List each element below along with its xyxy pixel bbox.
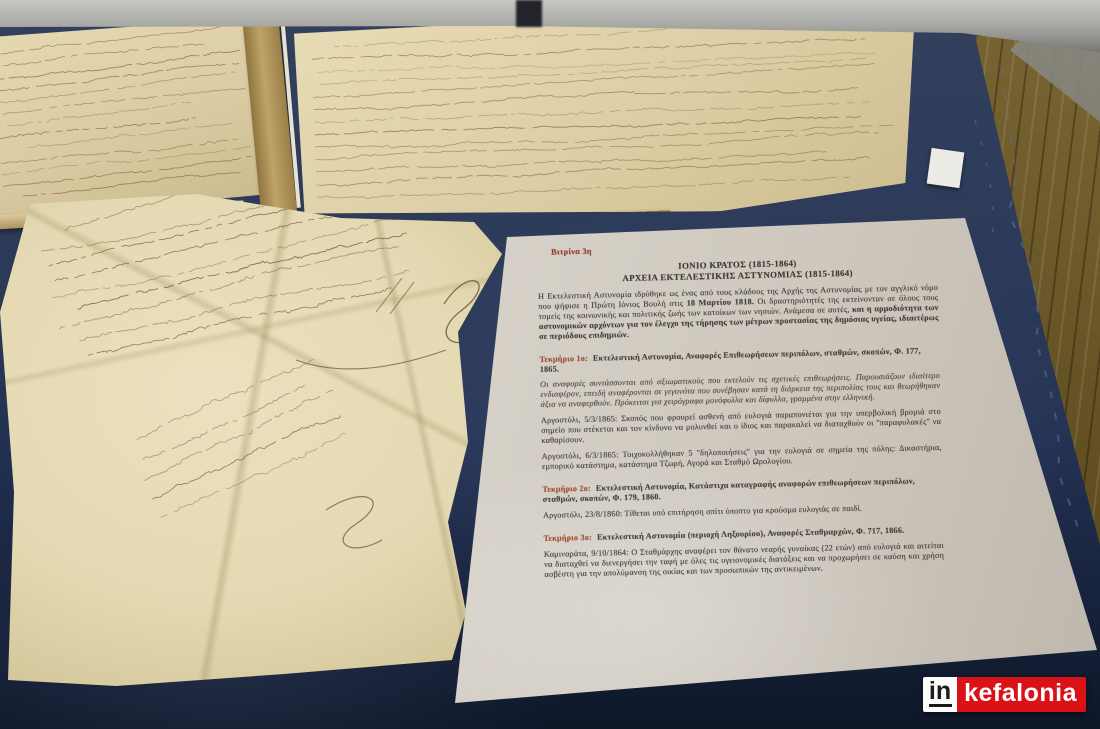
section-3-heading: Τεκμήριο 3ο:Εκτελεστική Αστυνομία (περιο… xyxy=(543,525,943,544)
paper-label-tag xyxy=(927,148,965,188)
handwriting-lines xyxy=(305,11,902,219)
section-2-heading: Τεκμήριο 2ο:Εκτελεστική Αστυνομία, Κατάσ… xyxy=(542,476,942,505)
section-1-number: Τεκμήριο 1ο: xyxy=(539,354,588,364)
section-1-note: Οι αναφορές συντάσσονται από αξιωματικού… xyxy=(540,371,941,410)
section-1-heading: Τεκμήριο 1ο:Εκτελεστική Αστυνομία, Αναφο… xyxy=(539,346,939,375)
inkefalonia-logo-in: in xyxy=(923,677,957,712)
section-2-title: Εκτελεστική Αστυνομία, Κατάστιχα καταγρα… xyxy=(543,476,915,503)
section-1-title: Εκτελεστική Αστυνομία, Αναφορές Επιθεωρή… xyxy=(540,346,921,374)
section-2-entry-1: Αργοστόλι, 23/8/1860: Τίθεται υπό επιτήρ… xyxy=(543,502,943,521)
section-3-title: Εκτελεστική Αστυνομία (περιοχή Ληξουρίου… xyxy=(597,525,905,541)
signature-flourish xyxy=(0,192,512,694)
info-sheet-text: Βιτρίνα 3η ΙΟΝΙΟ ΚΡΑΤΟΣ (1815-1864) ΑΡΧΕ… xyxy=(537,239,944,580)
manuscript-stack-top-center xyxy=(294,8,919,221)
inkefalonia-watermark: in kefalonia xyxy=(923,677,1086,712)
intro-paragraph: Η Εκτελεστική Αστυνομία ιδρύθηκε ως ένας… xyxy=(538,283,939,342)
manuscript-stack-top-left xyxy=(0,17,281,220)
section-2-number: Τεκμήριο 2ο: xyxy=(542,484,591,494)
section-1-entry-1: Αργοστόλι, 5/3/1865: Σκοπός που φρουρεί … xyxy=(541,407,942,446)
wrinkled-manuscript xyxy=(0,192,512,694)
section-3-entry-1: Καμιναράτα, 9/10/1864: Ο Σταθμάρχης αναφ… xyxy=(544,541,945,580)
inkefalonia-logo-name: kefalonia xyxy=(957,677,1086,712)
display-case-photo: Βιτρίνα 3η ΙΟΝΙΟ ΚΡΑΤΟΣ (1815-1864) ΑΡΧΕ… xyxy=(0,0,1100,729)
frame-joint-shadow xyxy=(516,0,542,27)
case-label: Βιτρίνα 3η xyxy=(551,239,937,258)
section-1-entry-2: Αργοστόλι, 6/3/1865: Τοιχοκολλήθηκαν 5 '… xyxy=(542,443,942,472)
handwriting-lines xyxy=(0,13,271,217)
section-3-number: Τεκμήριο 3ο: xyxy=(543,533,592,543)
